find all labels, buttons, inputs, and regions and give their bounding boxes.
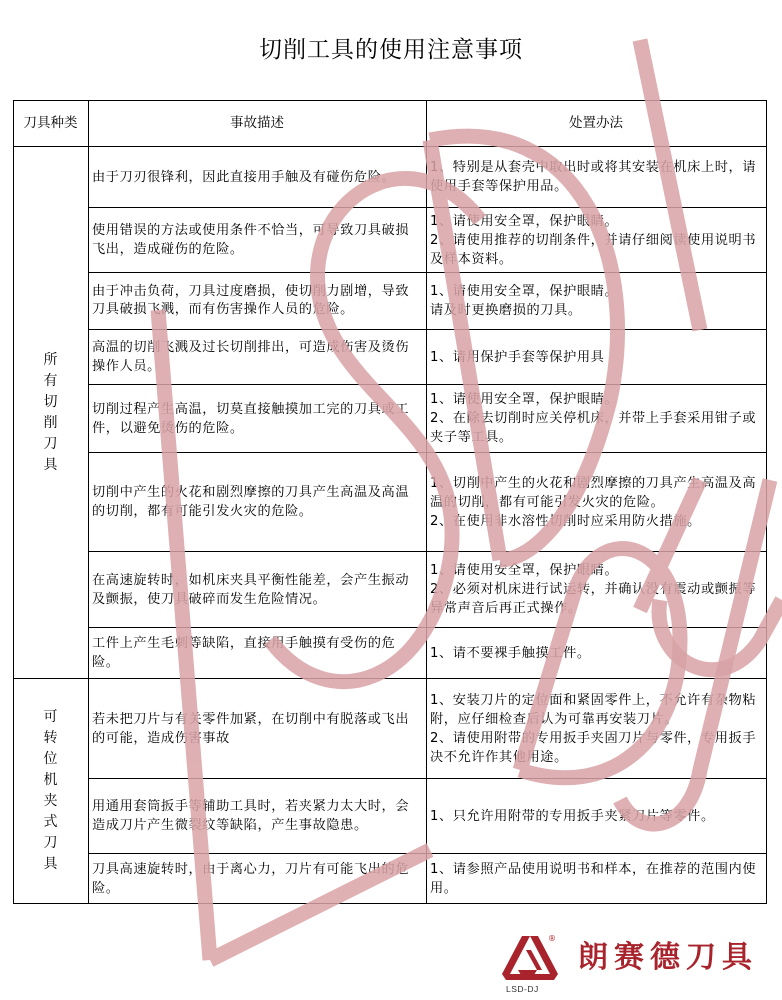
table-row: 所有切削刀具 由于刀刃很锋利，因此直接用手触及有碰伤危险。 1、特别是从套壳中取…: [14, 147, 767, 208]
solution-cell: 1、安装刀片的定位面和紧固零件上，不允许有杂物粘附，应仔细检查后认为可靠再安装刀…: [427, 679, 767, 779]
category-label: 可转位机夹式刀具: [43, 707, 59, 875]
logo-brand-name: 朗赛德刀具: [578, 938, 758, 978]
description-cell: 若未把刀片与有关零件加紧，在切削中有脱落或飞出的可能，造成伤害事故: [89, 679, 427, 779]
solution-line: 1、只允许用附带的专用扳手夹紧刀片等零件。: [430, 807, 762, 826]
solution-cell: 1、请使用安全罩，保护眼睛。2、在除去切削时应关停机床，并带上手套采用钳子或夹子…: [427, 385, 767, 453]
solution-cell: 1、请使用安全罩，保护眼睛。2、请使用推荐的切削条件，并请仔细阅读使用说明书及样…: [427, 208, 767, 273]
registered-mark: ®: [548, 934, 556, 943]
solution-line: 1、请使用安全罩，保护眼睛。: [430, 390, 762, 409]
table-row: 切削中产生的火花和剧烈摩擦的刀具产生高温及高温的切削，都有可能引发火灾的危险。 …: [14, 453, 767, 552]
table-row: 在高速旋转时，如机床夹具平衡性能差，会产生振动及颤振，使刀具破碎而发生危险情况。…: [14, 552, 767, 628]
description-cell: 用通用套筒扳手等辅助工具时，若夹紧力太大时，会造成刀片产生微裂纹等缺陷，产生事故…: [89, 779, 427, 854]
header-solution: 处置办法: [427, 101, 767, 147]
solution-cell: 1、请不要裸手触摸工件。: [427, 628, 767, 679]
table-row: 用通用套筒扳手等辅助工具时，若夹紧力太大时，会造成刀片产生微裂纹等缺陷，产生事故…: [14, 779, 767, 854]
solution-cell: 1、切削中产生的火花和剧烈摩擦的刀具产生高温及高温的切削，都有可能引发火灾的危险…: [427, 453, 767, 552]
solution-cell: 1、请使用安全罩，保护眼睛。请及时更换磨损的刀具。: [427, 273, 767, 330]
solution-line: 2、请使用推荐的切削条件，并请仔细阅读使用说明书及样本资料。: [430, 231, 762, 269]
description-cell: 刀具高速旋转时，由于离心力，刀片有可能飞出的危险。: [89, 854, 427, 904]
description-cell: 在高速旋转时，如机床夹具平衡性能差，会产生振动及颤振，使刀具破碎而发生危险情况。: [89, 552, 427, 628]
solution-cell: 1、请参照产品使用说明书和样本，在推荐的范围内使用。: [427, 854, 767, 904]
table-row: 工件上产生毛刺等缺陷，直接用手触摸有受伤的危险。 1、请不要裸手触摸工件。: [14, 628, 767, 679]
solution-line: 1、请使用安全罩，保护眼睛。: [430, 212, 762, 231]
description-cell: 使用错误的方法或使用条件不恰当，可导致刀具破损飞出，造成碰伤的危险。: [89, 208, 427, 273]
solution-line: 1、请不要裸手触摸工件。: [430, 644, 762, 663]
description-cell: 由于冲击负荷，刀具过度磨损，使切削力剧增，导致刀具破损飞溅，而有伤害操作人员的危…: [89, 273, 427, 330]
description-cell: 工件上产生毛刺等缺陷，直接用手触摸有受伤的危险。: [89, 628, 427, 679]
table-row: 使用错误的方法或使用条件不恰当，可导致刀具破损飞出，造成碰伤的危险。 1、请使用…: [14, 208, 767, 273]
solution-cell: 1、只允许用附带的专用扳手夹紧刀片等零件。: [427, 779, 767, 854]
category-cell: 可转位机夹式刀具: [14, 679, 89, 904]
solution-line: 2、在使用非水溶性切削时应采用防火措施。: [430, 512, 762, 531]
solution-cell: 1、请使用安全罩，保护眼睛。2、必须对机床进行试运转，并确认没有震动或颤振等异常…: [427, 552, 767, 628]
solution-line: 1、特别是从套壳中取出时或将其安装在机床上时，请使用手套等保护用品。: [430, 158, 762, 196]
description-cell: 高温的切削飞溅及过长切削排出，可造成伤害及烫伤操作人员。: [89, 330, 427, 385]
category-cell: 所有切削刀具: [14, 147, 89, 679]
solution-line: 2、必须对机床进行试运转，并确认没有震动或颤振等异常声音后再正式操作。: [430, 580, 762, 618]
table-row: 高温的切削飞溅及过长切削排出，可造成伤害及烫伤操作人员。 1、请用保护手套等保护…: [14, 330, 767, 385]
description-cell: 由于刀刃很锋利，因此直接用手触及有碰伤危险。: [89, 147, 427, 208]
solution-cell: 1、特别是从套壳中取出时或将其安装在机床上时，请使用手套等保护用品。: [427, 147, 767, 208]
table-row: 刀具高速旋转时，由于离心力，刀片有可能飞出的危险。 1、请参照产品使用说明书和样…: [14, 854, 767, 904]
brand-logo: ® LSD-DJ 朗赛德刀具: [500, 934, 770, 994]
description-cell: 切削过程产生高温，切莫直接触摸加工完的刀具或工件，以避免烫伤的危险。: [89, 385, 427, 453]
solution-line: 2、在除去切削时应关停机床，并带上手套采用钳子或夹子等工具。: [430, 409, 762, 447]
solution-line: 1、请使用安全罩，保护眼睛。: [430, 561, 762, 580]
table-row: 切削过程产生高温，切莫直接触摸加工完的刀具或工件，以避免烫伤的危险。 1、请使用…: [14, 385, 767, 453]
page-title: 切削工具的使用注意事项: [0, 30, 782, 70]
solution-line: 请及时更换磨损的刀具。: [430, 301, 762, 320]
solution-line: 1、请使用安全罩，保护眼睛。: [430, 282, 762, 301]
table-row: 可转位机夹式刀具 若未把刀片与有关零件加紧，在切削中有脱落或飞出的可能，造成伤害…: [14, 679, 767, 779]
category-label: 所有切削刀具: [43, 350, 59, 476]
solution-cell: 1、请用保护手套等保护用具: [427, 330, 767, 385]
header-description: 事故描述: [89, 101, 427, 147]
solution-line: 2、请使用附带的专用扳手夹固刀片与零件，专用扳手决不允许作其他用途。: [430, 729, 762, 767]
table-row: 由于冲击负荷，刀具过度磨损，使切削力剧增，导致刀具破损飞溅，而有伤害操作人员的危…: [14, 273, 767, 330]
solution-line: 1、安装刀片的定位面和紧固零件上，不允许有杂物粘附，应仔细检查后认为可靠再安装刀…: [430, 691, 762, 729]
solution-line: 1、请用保护手套等保护用具: [430, 348, 762, 367]
description-cell: 切削中产生的火花和剧烈摩擦的刀具产生高温及高温的切削，都有可能引发火灾的危险。: [89, 453, 427, 552]
solution-line: 1、请参照产品使用说明书和样本，在推荐的范围内使用。: [430, 860, 762, 898]
header-tool-type: 刀具种类: [14, 101, 89, 147]
table-header-row: 刀具种类 事故描述 处置办法: [14, 101, 767, 147]
logo-subtitle: LSD-DJ: [506, 984, 539, 994]
solution-line: 1、切削中产生的火花和剧烈摩擦的刀具产生高温及高温的切削，都有可能引发火灾的危险…: [430, 474, 762, 512]
safety-table: 刀具种类 事故描述 处置办法 所有切削刀具 由于刀刃很锋利，因此直接用手触及有碰…: [13, 100, 767, 904]
